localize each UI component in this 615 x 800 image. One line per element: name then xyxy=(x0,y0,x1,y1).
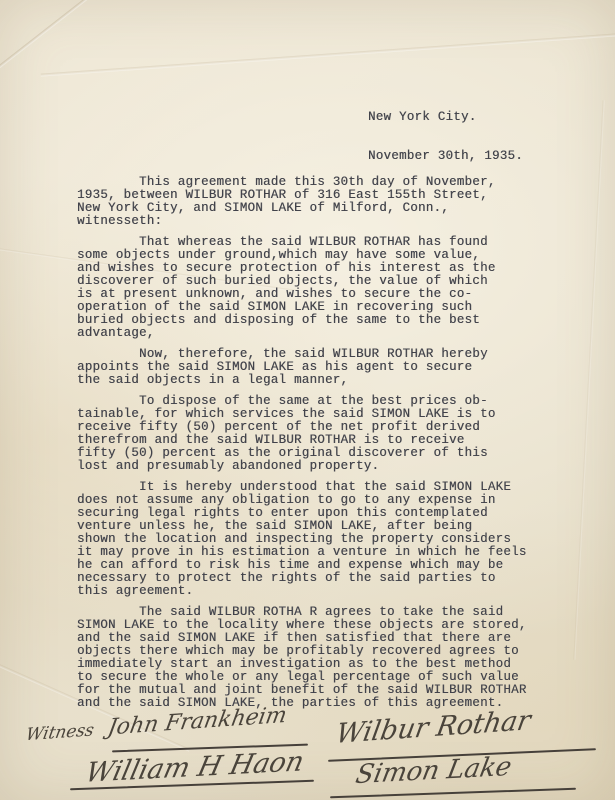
paper-crease xyxy=(573,100,604,659)
dateline-city: New York City. xyxy=(368,111,523,124)
paragraph-preamble: This agreement made this 30th day of Nov… xyxy=(77,176,557,228)
paper-crease xyxy=(41,30,615,76)
dateline-date: November 30th, 1935. xyxy=(368,150,523,163)
paragraph-whereas: That whereas the said WILBUR ROTHAR has … xyxy=(77,236,557,340)
paper-crease xyxy=(0,0,173,93)
scanned-agreement-page: New York City. November 30th, 1935. This… xyxy=(0,0,615,800)
paragraph-appointment: Now, therefore, the said WILBUR ROTHAR h… xyxy=(77,348,557,387)
dateline: New York City. November 30th, 1935. xyxy=(368,85,523,189)
witness-label: Witness xyxy=(24,720,95,745)
paragraph-compensation: To dispose of the same at the best price… xyxy=(77,395,557,473)
agreement-body: This agreement made this 30th day of Nov… xyxy=(77,176,557,718)
paragraph-obligations: It is hereby understood that the said SI… xyxy=(77,481,557,598)
paragraph-investigation: The said WILBUR ROTHA R agrees to take t… xyxy=(77,606,557,710)
